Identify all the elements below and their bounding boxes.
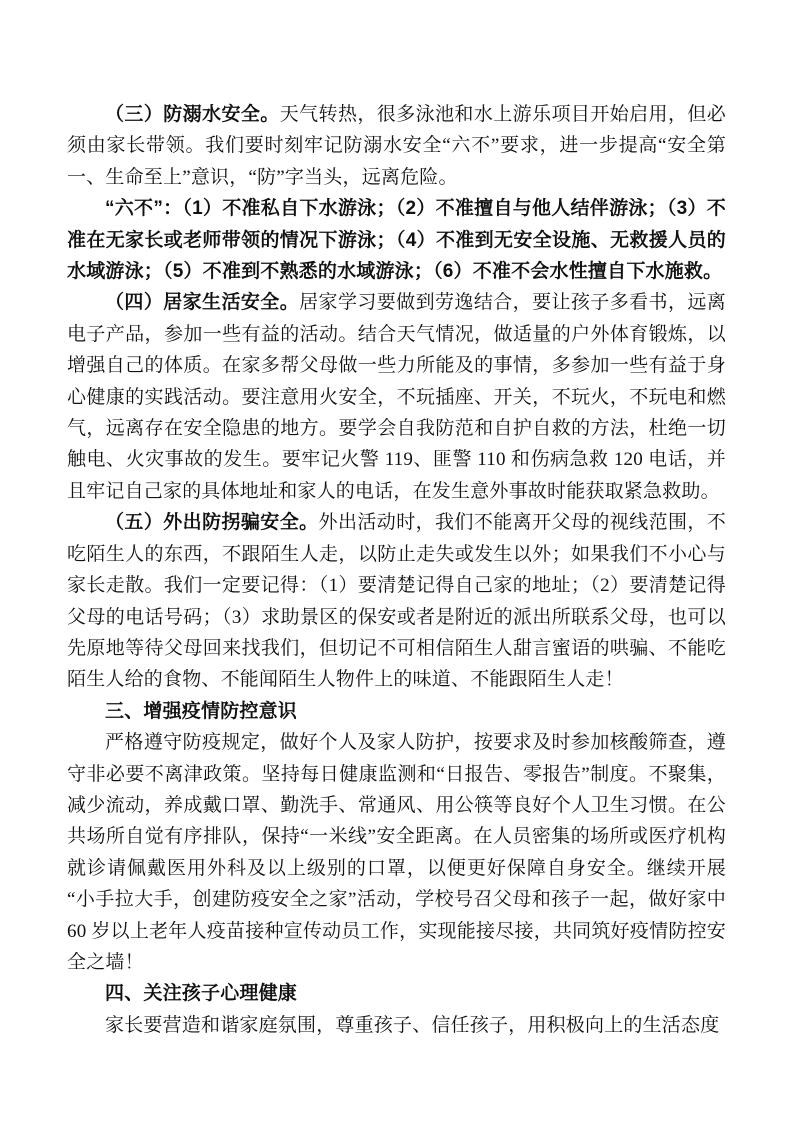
section-lead-drowning-safety: （三）防溺水安全。 — [105, 104, 280, 125]
paragraph-mental-health: 家长要营造和谐家庭氛围，尊重孩子、信任孩子，用积极向上的生活态度 — [67, 1010, 726, 1041]
document-body: （三）防溺水安全。天气转热，很多泳池和水上游乐项目开始启用，但必须由家长带领。我… — [67, 99, 726, 1041]
paragraph-text: 居家学习要做到劳逸结合，要让孩子多看书，远离电子产品，参加一些有益的活动。结合天… — [67, 292, 726, 501]
paragraph-epidemic-prevention: 严格遵守防疫规定，做好个人及家人防护，按要求及时参加核酸筛查，遵守非必要不离津政… — [67, 727, 726, 978]
paragraph-text: “六不”：（1）不准私自下水游泳；（2）不准擅自与他人结伴游泳；（3）不准在无家… — [67, 198, 726, 282]
paragraph-six-donts: “六不”：（1）不准私自下水游泳；（2）不准擅自与他人结伴游泳；（3）不准在无家… — [67, 193, 726, 287]
document-page: （三）防溺水安全。天气转热，很多泳池和水上游乐项目开始启用，但必须由家长带领。我… — [0, 0, 793, 1122]
paragraph-anti-abduction-safety: （五）外出防拐骗安全。外出活动时，我们不能离开父母的视线范围，不吃陌生人的东西，… — [67, 507, 726, 695]
paragraph-drowning-safety: （三）防溺水安全。天气转热，很多泳池和水上游乐项目开始启用，但必须由家长带领。我… — [67, 99, 726, 193]
heading-mental-health: 四、关注孩子心理健康 — [67, 978, 726, 1009]
paragraph-home-life-safety: （四）居家生活安全。居家学习要做到劳逸结合，要让孩子多看书，远离电子产品，参加一… — [67, 287, 726, 507]
paragraph-text: 外出活动时，我们不能离开父母的视线范围，不吃陌生人的东西，不跟陌生人走，以防止走… — [67, 512, 726, 690]
section-lead-home-life-safety: （四）居家生活安全。 — [105, 292, 299, 313]
heading-epidemic-prevention: 三、增强疫情防控意识 — [67, 696, 726, 727]
paragraph-text: 家长要营造和谐家庭氛围，尊重孩子、信任孩子，用积极向上的生活态度 — [105, 1015, 719, 1036]
paragraph-text: 严格遵守防疫规定，做好个人及家人防护，按要求及时参加核酸筛查，遵守非必要不离津政… — [67, 732, 726, 973]
section-lead-anti-abduction-safety: （五）外出防拐骗安全。 — [105, 512, 319, 533]
